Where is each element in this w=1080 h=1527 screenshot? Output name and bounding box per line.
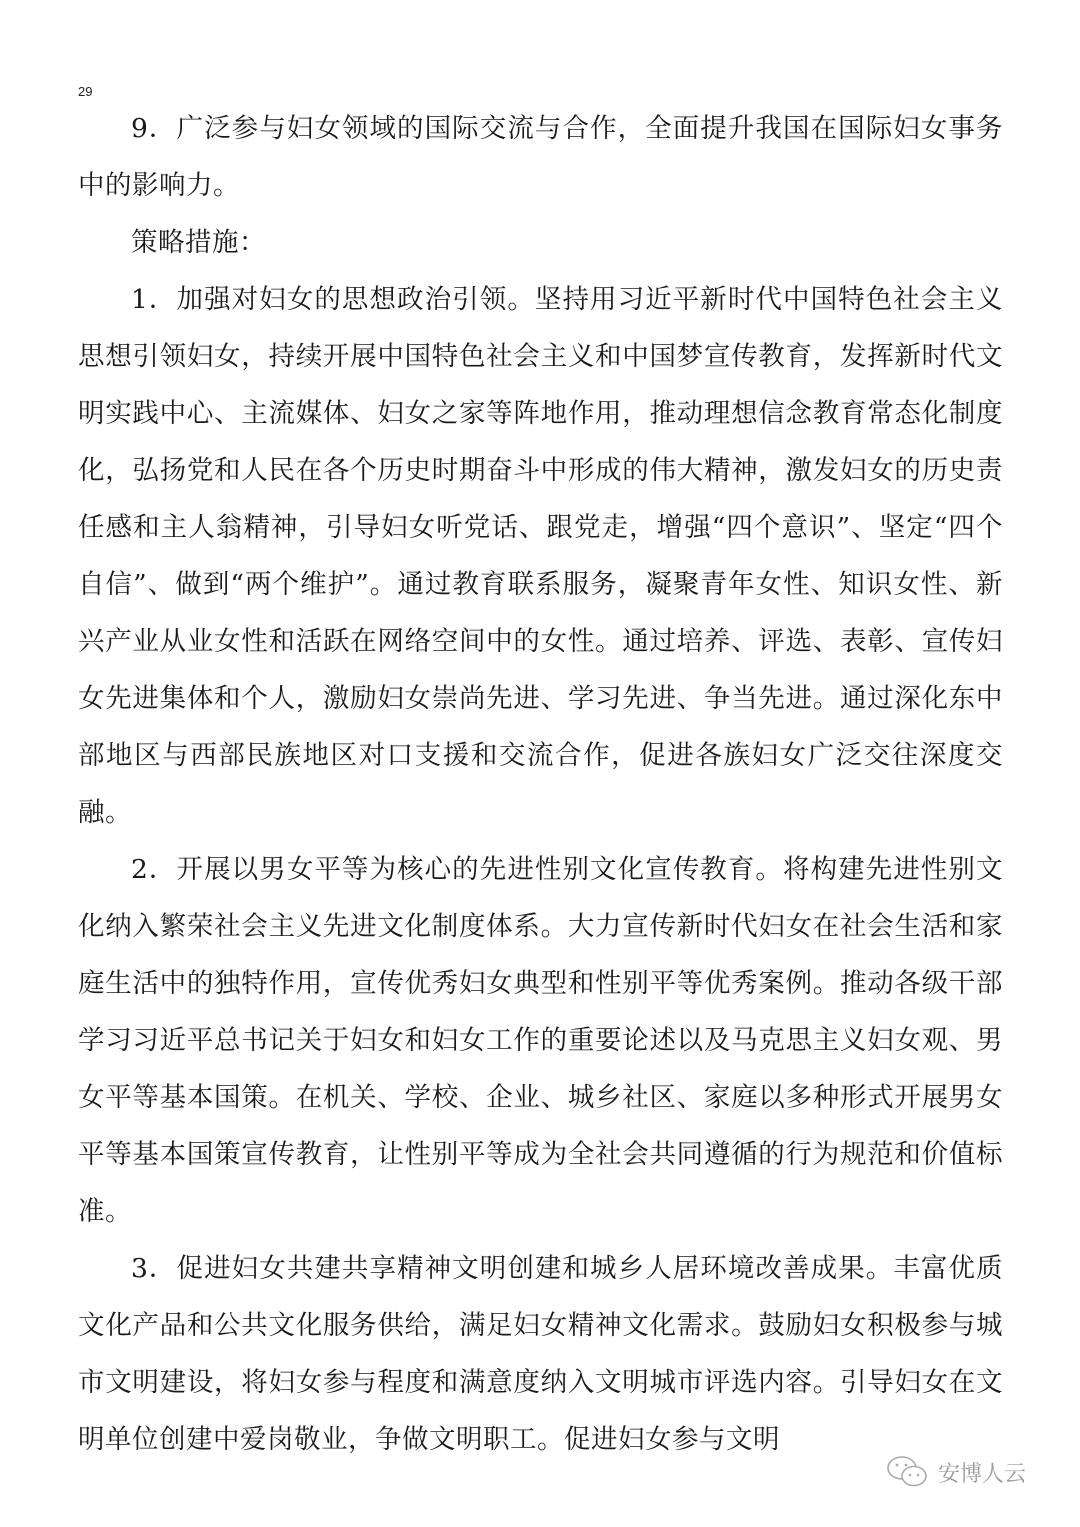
page-number: 29 [78, 84, 92, 99]
watermark-text: 安博人云 [938, 1457, 1026, 1488]
wechat-icon [886, 1455, 930, 1489]
watermark: 安博人云 [886, 1455, 1026, 1489]
paragraph-measure-1: 1．加强对妇女的思想政治引领。坚持用习近平新时代中国特色社会主义思想引领妇女，持… [78, 271, 1003, 841]
paragraph-goal-9: 9．广泛参与妇女领域的国际交流与合作，全面提升我国在国际妇女事务中的影响力。 [78, 100, 1003, 214]
document-body: 9．广泛参与妇女领域的国际交流与合作，全面提升我国在国际妇女事务中的影响力。 策… [78, 100, 1003, 1468]
paragraph-strategy-heading: 策略措施： [78, 214, 1003, 271]
paragraph-measure-3: 3．促进妇女共建共享精神文明创建和城乡人居环境改善成果。丰富优质文化产品和公共文… [78, 1240, 1003, 1468]
paragraph-measure-2: 2．开展以男女平等为核心的先进性别文化宣传教育。将构建先进性别文化纳入繁荣社会主… [78, 841, 1003, 1240]
